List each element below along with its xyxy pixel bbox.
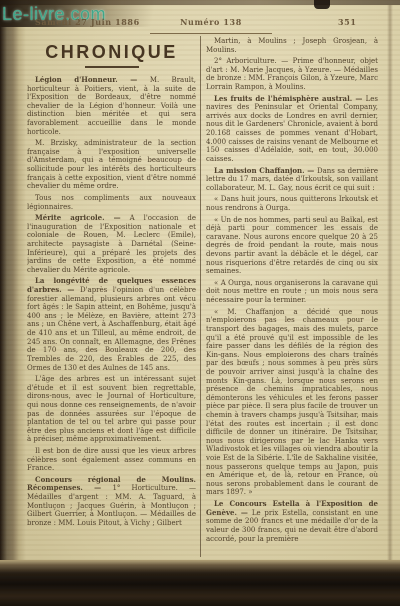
paragraph: « A Ourga, nous organiserons la caravane… (206, 279, 378, 305)
paragraph-lead: Mérite agricole. — (35, 213, 130, 222)
paragraph: « M. Chaffanjon a décidé que nous n'empl… (206, 308, 378, 497)
paragraph-lead: La longévité de quelques essences d'arbr… (27, 276, 196, 294)
paragraph-lead: Le Concours Estella à l'Exposition de Ge… (206, 499, 378, 517)
column-divider (200, 36, 201, 557)
issue-date: Samedi 27 Juin 1886 (35, 17, 140, 27)
article-title: CHRONIQUE (27, 42, 196, 63)
paragraph: Concours régional de Moulins. Récompense… (27, 476, 196, 528)
paragraph: La mission Chaffanjon. — Dans sa dernièr… (206, 167, 378, 193)
paragraph-lead: Les fruits de l'hémisphère austral. — (214, 94, 366, 103)
paragraph: « Dans huit jours, nous quitterons Irkou… (206, 195, 378, 212)
paragraph: « Un de nos hommes, parti seul au Baïkal… (206, 216, 378, 276)
paragraph: Légion d'Honneur. — M. Brault, horticult… (27, 76, 196, 136)
column-right: Martin, à Moulins ; Joseph Grosjean, à M… (206, 37, 378, 558)
paragraph: L'âge des arbres est un intéressant suje… (27, 375, 196, 444)
paragraph: La longévité de quelques essences d'arbr… (27, 277, 196, 372)
page-number: 351 (338, 17, 357, 27)
paragraph: Martin, à Moulins ; Joseph Grosjean, à M… (206, 37, 378, 54)
column-left: Légion d'Honneur. — M. Brault, horticult… (27, 76, 196, 559)
scan-artifact-mark (314, 0, 330, 9)
scanned-newspaper-page: Le-livre.com Samedi 27 Juin 1886 Numéro … (0, 0, 400, 606)
issue-number: Numéro 138 (150, 17, 272, 27)
page-header: Samedi 27 Juin 1886 Numéro 138 351 (0, 17, 400, 29)
header-rule (150, 33, 272, 34)
paragraph: Il est bon de dire aussi que les vieux a… (27, 447, 196, 473)
scan-edge-bottom (0, 560, 400, 606)
title-underline (85, 66, 139, 68)
paragraph: Mérite agricole. — A l'occasion de l'ina… (27, 214, 196, 274)
paragraph-lead: Légion d'Honneur. — (35, 76, 150, 84)
title-block: CHRONIQUE (27, 42, 196, 68)
paragraph: Les fruits de l'hémisphère austral. — Le… (206, 95, 378, 164)
paragraph: 2° Arboriculture. — Prime d'honneur, obj… (206, 57, 378, 91)
paragraph: Le Concours Estella à l'Exposition de Ge… (206, 500, 378, 543)
paragraph: M. Brzisky, administrateur de la section… (27, 139, 196, 191)
paragraph: Tous nos compliments aux nouveaux légion… (27, 194, 196, 211)
paper-crease (387, 5, 393, 560)
paragraph-lead: Concours régional de Moulins. Récompense… (27, 475, 196, 493)
paragraph-lead: La mission Chaffanjon. — (214, 166, 317, 175)
